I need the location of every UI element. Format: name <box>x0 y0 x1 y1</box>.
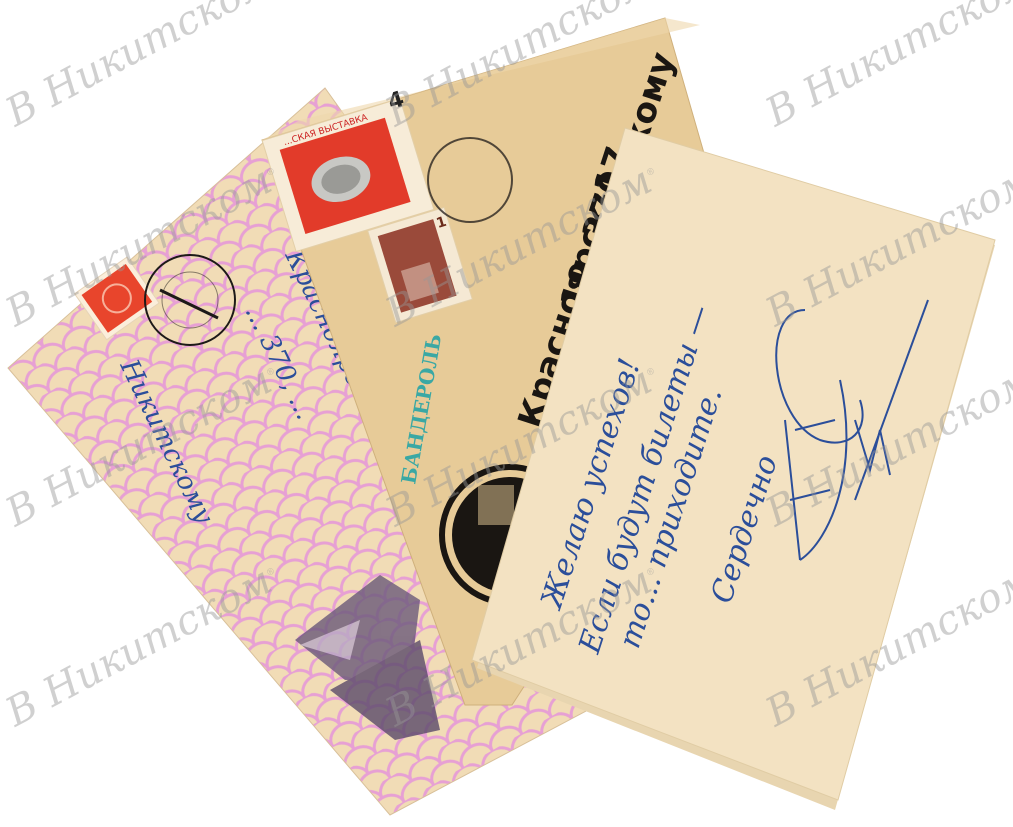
photo-scene: Красноярск ... 370, ... Никитскому ...СК… <box>0 0 1013 827</box>
